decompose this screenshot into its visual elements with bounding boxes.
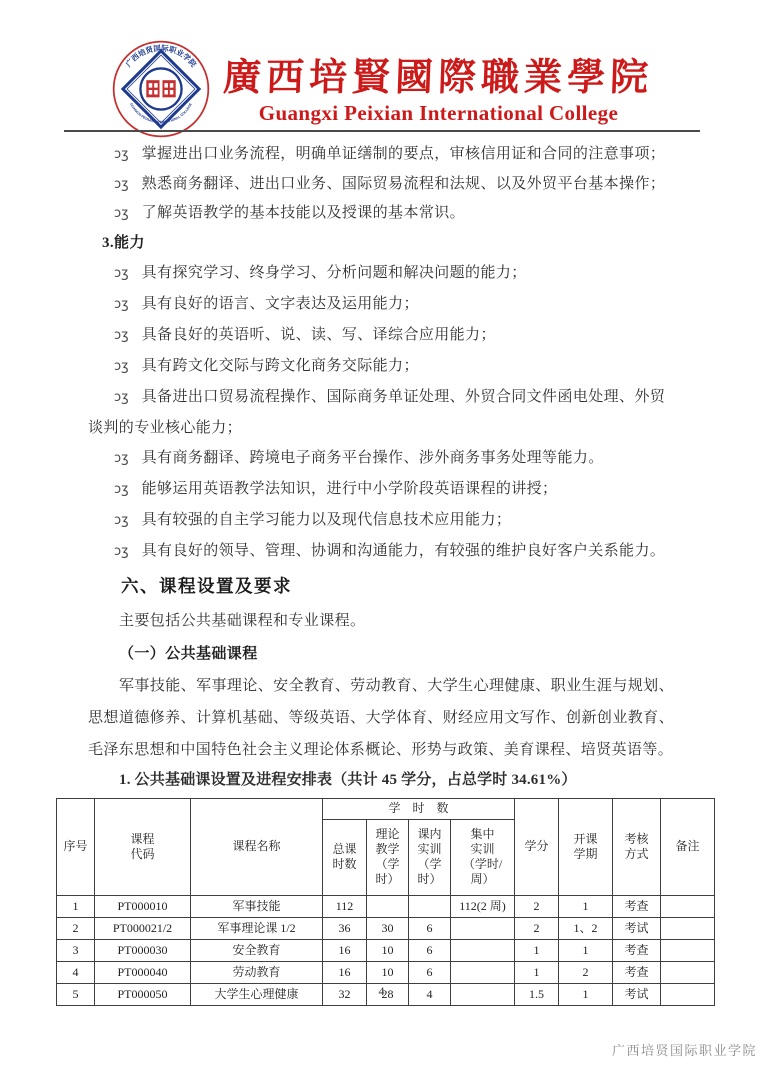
list-item-text: 具有探究学习、终身学习、分析问题和解决问题的能力； bbox=[142, 265, 527, 281]
document-body: ɔʒ掌握进出口业务流程，明确单证缮制的要点，审核信用证和合同的注意事项； ɔʒ熟… bbox=[88, 140, 674, 1006]
col-header-inclass-hours: 课内 实训 （学 时） bbox=[409, 819, 451, 895]
cell-theory: 10 bbox=[367, 939, 409, 961]
pen-bullet-icon: ɔʒ bbox=[114, 390, 129, 405]
cell-seq: 1 bbox=[57, 895, 95, 917]
cell-focused: 112(2 周) bbox=[451, 895, 515, 917]
cell-inclass: 6 bbox=[409, 939, 451, 961]
pen-bullet-icon: ɔʒ bbox=[114, 266, 129, 281]
cell-seq: 4 bbox=[57, 961, 95, 983]
col-header-credit: 学分 bbox=[515, 798, 559, 895]
col-header-hours-group: 学 时 数 bbox=[323, 798, 515, 819]
college-name-chinese: 廣西培賢國際職業學院 bbox=[223, 57, 655, 101]
list-item-text: 具有商务翻译、跨境电子商务平台操作、涉外商务事务处理等能力。 bbox=[142, 450, 604, 466]
list-item: ɔʒ具有良好的语言、文字表达及运用能力； bbox=[88, 289, 674, 320]
list-item-text: 了解英语教学的基本技能以及授课的基本常识。 bbox=[142, 205, 465, 221]
pen-bullet-icon: ɔʒ bbox=[114, 451, 129, 466]
college-name-english: Guangxi Peixian International College bbox=[259, 101, 619, 126]
cell-credit: 2 bbox=[515, 895, 559, 917]
cell-code: PT000030 bbox=[95, 939, 191, 961]
col-header-assess: 考核 方式 bbox=[613, 798, 661, 895]
subsection1-heading: （一）公共基础课程 bbox=[119, 638, 674, 670]
cell-total: 16 bbox=[323, 961, 367, 983]
cell-note bbox=[661, 917, 715, 939]
col-header-code: 课程 代码 bbox=[95, 798, 191, 895]
pen-bullet-icon: ɔʒ bbox=[114, 544, 129, 559]
pen-bullet-icon: ɔʒ bbox=[114, 513, 129, 528]
cell-assess: 考查 bbox=[613, 895, 661, 917]
cell-assess: 考试 bbox=[613, 917, 661, 939]
list-item: ɔʒ了解英语教学的基本技能以及授课的基本常识。 bbox=[88, 199, 674, 229]
table-row: 4 PT000040 劳动教育 16 10 6 1 2 考查 bbox=[57, 961, 715, 983]
list-item-text: 能够运用英语教学法知识，进行中小学阶段英语课程的讲授； bbox=[142, 481, 558, 497]
cell-name: 安全教育 bbox=[191, 939, 323, 961]
list-item-text: 具备良好的英语听、说、读、写、译综合应用能力； bbox=[142, 327, 496, 343]
letterhead: 广西培贤国际职业学院 GUANGXI PEIXIAN INTERNATIONAL… bbox=[0, 40, 763, 143]
cell-note bbox=[661, 961, 715, 983]
table-row: 1 PT000010 军事技能 112 112(2 周) 2 1 考查 bbox=[57, 895, 715, 917]
list-item: ɔʒ具有较强的自主学习能力以及现代信息技术应用能力； bbox=[88, 505, 674, 536]
cell-theory bbox=[367, 895, 409, 917]
list-item-text: 具备进出口贸易流程操作、国际商务单证处理、外贸合同文件函电处理、外贸谈判的专业核… bbox=[88, 389, 665, 436]
cell-focused bbox=[451, 939, 515, 961]
header-divider bbox=[64, 130, 700, 132]
list-item-text: 熟悉商务翻译、进出口业务、国际贸易流程和法规、以及外贸平台基本操作； bbox=[142, 176, 666, 192]
list-item: ɔʒ具备进出口贸易流程操作、国际商务单证处理、外贸合同文件函电处理、外贸谈判的专… bbox=[88, 382, 674, 443]
list-item: ɔʒ熟悉商务翻译、进出口业务、国际贸易流程和法规、以及外贸平台基本操作； bbox=[88, 170, 674, 200]
cell-inclass: 6 bbox=[409, 917, 451, 939]
ability-section-heading: 3.能力 bbox=[102, 230, 674, 257]
cell-credit: 1 bbox=[515, 961, 559, 983]
pen-bullet-icon: ɔʒ bbox=[114, 206, 129, 221]
footer-watermark: 广西培贤国际职业学院 bbox=[612, 1040, 757, 1059]
college-logo: 广西培贤国际职业学院 GUANGXI PEIXIAN INTERNATIONAL… bbox=[109, 40, 213, 143]
cell-seq: 3 bbox=[57, 939, 95, 961]
cell-credit: 1 bbox=[515, 939, 559, 961]
cell-name: 军事理论课 1/2 bbox=[191, 917, 323, 939]
list-item-text: 具有良好的领导、管理、协调和沟通能力，有较强的维护良好客户关系能力。 bbox=[142, 543, 666, 559]
cell-term: 2 bbox=[559, 961, 613, 983]
cell-assess: 考查 bbox=[613, 939, 661, 961]
cell-term: 1 bbox=[559, 895, 613, 917]
cell-credit: 2 bbox=[515, 917, 559, 939]
cell-note bbox=[661, 895, 715, 917]
college-seal-icon: 广西培贤国际职业学院 GUANGXI PEIXIAN INTERNATIONAL… bbox=[109, 40, 213, 138]
cell-name: 劳动教育 bbox=[191, 961, 323, 983]
cell-total: 36 bbox=[323, 917, 367, 939]
list-item-text: 掌握进出口业务流程，明确单证缮制的要点，审核信用证和合同的注意事项； bbox=[142, 146, 666, 162]
col-header-focused-hours: 集中 实训 （学时/ 周） bbox=[451, 819, 515, 895]
col-header-term: 开课 学期 bbox=[559, 798, 613, 895]
cell-focused bbox=[451, 917, 515, 939]
cell-seq: 2 bbox=[57, 917, 95, 939]
course-schedule-table: 序号 课程 代码 课程名称 学 时 数 学分 开课 学期 考核 方式 备注 总课… bbox=[56, 798, 715, 1006]
cell-theory: 30 bbox=[367, 917, 409, 939]
pen-bullet-icon: ɔʒ bbox=[114, 297, 129, 312]
page-number: 4 bbox=[0, 984, 763, 999]
list-item: ɔʒ掌握进出口业务流程，明确单证缮制的要点，审核信用证和合同的注意事项； bbox=[88, 140, 674, 170]
list-item: ɔʒ具有探究学习、终身学习、分析问题和解决问题的能力； bbox=[88, 258, 674, 289]
cell-inclass: 6 bbox=[409, 961, 451, 983]
college-name-block: 廣西培賢國際職業學院 Guangxi Peixian International… bbox=[223, 57, 653, 127]
cell-assess: 考查 bbox=[613, 961, 661, 983]
col-header-note: 备注 bbox=[661, 798, 715, 895]
list-item: ɔʒ具备良好的英语听、说、读、写、译综合应用能力； bbox=[88, 320, 674, 351]
list-item-text: 具有较强的自主学习能力以及现代信息技术应用能力； bbox=[142, 512, 512, 528]
cell-total: 16 bbox=[323, 939, 367, 961]
ability-bullet-list: ɔʒ具有探究学习、终身学习、分析问题和解决问题的能力； ɔʒ具有良好的语言、文字… bbox=[88, 258, 674, 567]
col-header-seq: 序号 bbox=[57, 798, 95, 895]
pen-bullet-icon: ɔʒ bbox=[114, 482, 129, 497]
table-row: 3 PT000030 安全教育 16 10 6 1 1 考查 bbox=[57, 939, 715, 961]
cell-code: PT000040 bbox=[95, 961, 191, 983]
cell-theory: 10 bbox=[367, 961, 409, 983]
section6-heading: 六、课程设置及要求 bbox=[121, 571, 674, 601]
cell-term: 1 bbox=[559, 939, 613, 961]
col-header-theory-hours: 理论 教学 （学 时） bbox=[367, 819, 409, 895]
pen-bullet-icon: ɔʒ bbox=[114, 147, 129, 162]
table-row: 2 PT000021/2 军事理论课 1/2 36 30 6 2 1、2 考试 bbox=[57, 917, 715, 939]
table-caption: 1. 公共基础课设置及进程安排表（共计 45 学分，占总学时 34.61%） bbox=[119, 766, 674, 795]
cell-total: 112 bbox=[323, 895, 367, 917]
list-item-text: 具有良好的语言、文字表达及运用能力； bbox=[142, 296, 419, 312]
cell-code: PT000010 bbox=[95, 895, 191, 917]
cell-focused bbox=[451, 961, 515, 983]
cell-name: 军事技能 bbox=[191, 895, 323, 917]
pen-bullet-icon: ɔʒ bbox=[114, 359, 129, 374]
list-item: ɔʒ具有良好的领导、管理、协调和沟通能力，有较强的维护良好客户关系能力。 bbox=[88, 536, 674, 567]
knowledge-bullet-list: ɔʒ掌握进出口业务流程，明确单证缮制的要点，审核信用证和合同的注意事项； ɔʒ熟… bbox=[88, 140, 674, 229]
subsection1-body: 军事技能、军事理论、安全教育、劳动教育、大学生心理健康、职业生涯与规划、思想道德… bbox=[88, 670, 674, 766]
cell-note bbox=[661, 939, 715, 961]
list-item: ɔʒ具有商务翻译、跨境电子商务平台操作、涉外商务事务处理等能力。 bbox=[88, 443, 674, 474]
cell-code: PT000021/2 bbox=[95, 917, 191, 939]
list-item: ɔʒ具有跨文化交际与跨文化商务交际能力； bbox=[88, 351, 674, 382]
list-item: ɔʒ能够运用英语教学法知识，进行中小学阶段英语课程的讲授； bbox=[88, 474, 674, 505]
document-page: 广西培贤国际职业学院 GUANGXI PEIXIAN INTERNATIONAL… bbox=[0, 0, 763, 1080]
col-header-total-hours: 总课 时数 bbox=[323, 819, 367, 895]
cell-term: 1、2 bbox=[559, 917, 613, 939]
list-item-text: 具有跨文化交际与跨文化商务交际能力； bbox=[142, 358, 419, 374]
col-header-name: 课程名称 bbox=[191, 798, 323, 895]
pen-bullet-icon: ɔʒ bbox=[114, 328, 129, 343]
section6-intro: 主要包括公共基础课程和专业课程。 bbox=[88, 605, 674, 638]
cell-inclass bbox=[409, 895, 451, 917]
pen-bullet-icon: ɔʒ bbox=[114, 177, 129, 192]
